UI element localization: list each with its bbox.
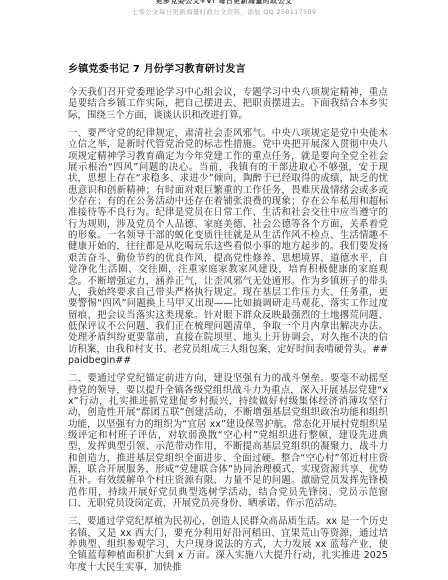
document-page: 更多党委公文+V! 每日更新海量时政公文 七零公文每日更新海量时政公文资料，添加…	[0, 0, 448, 580]
document-title: 乡镇党委书记 7 月份学习教育研讨发言	[68, 60, 388, 75]
paragraph-intro: 今天我们召开党委理论学习中心组会议，专题学习中央八项规定精神，重点是要结合乡镇工…	[68, 87, 388, 121]
watermark-contact-line: 七零公文每日更新海量时政公文资料，添加 QQ 250117509	[0, 7, 448, 16]
document-body: 乡镇党委书记 7 月份学习教育研讨发言 今天我们召开党委理论学习中心组会议，专题…	[68, 60, 388, 580]
watermark-promo-line: 更多党委公文+V! 每日更新海量时政公文	[0, 0, 448, 6]
paragraph-section-3: 三、要通过学党纪厚植为民初心，创造人民群众高品质生活。xx 是一个历史名镇，又是…	[68, 516, 388, 573]
watermark-header: 更多党委公文+V! 每日更新海量时政公文 七零公文每日更新海量时政公文资料，添加…	[0, 0, 448, 16]
paragraph-section-1: 一、要严守党的纪律规定，肃清社会歪风邪气。中央八项规定是党中央徙木立信之举，是新…	[68, 128, 388, 366]
paragraph-section-2: 二、要通过学党纪锚定前进方向，建设坚强有力的战斗堡垒。要毫不动摇坚持党的领导，要…	[68, 373, 388, 509]
